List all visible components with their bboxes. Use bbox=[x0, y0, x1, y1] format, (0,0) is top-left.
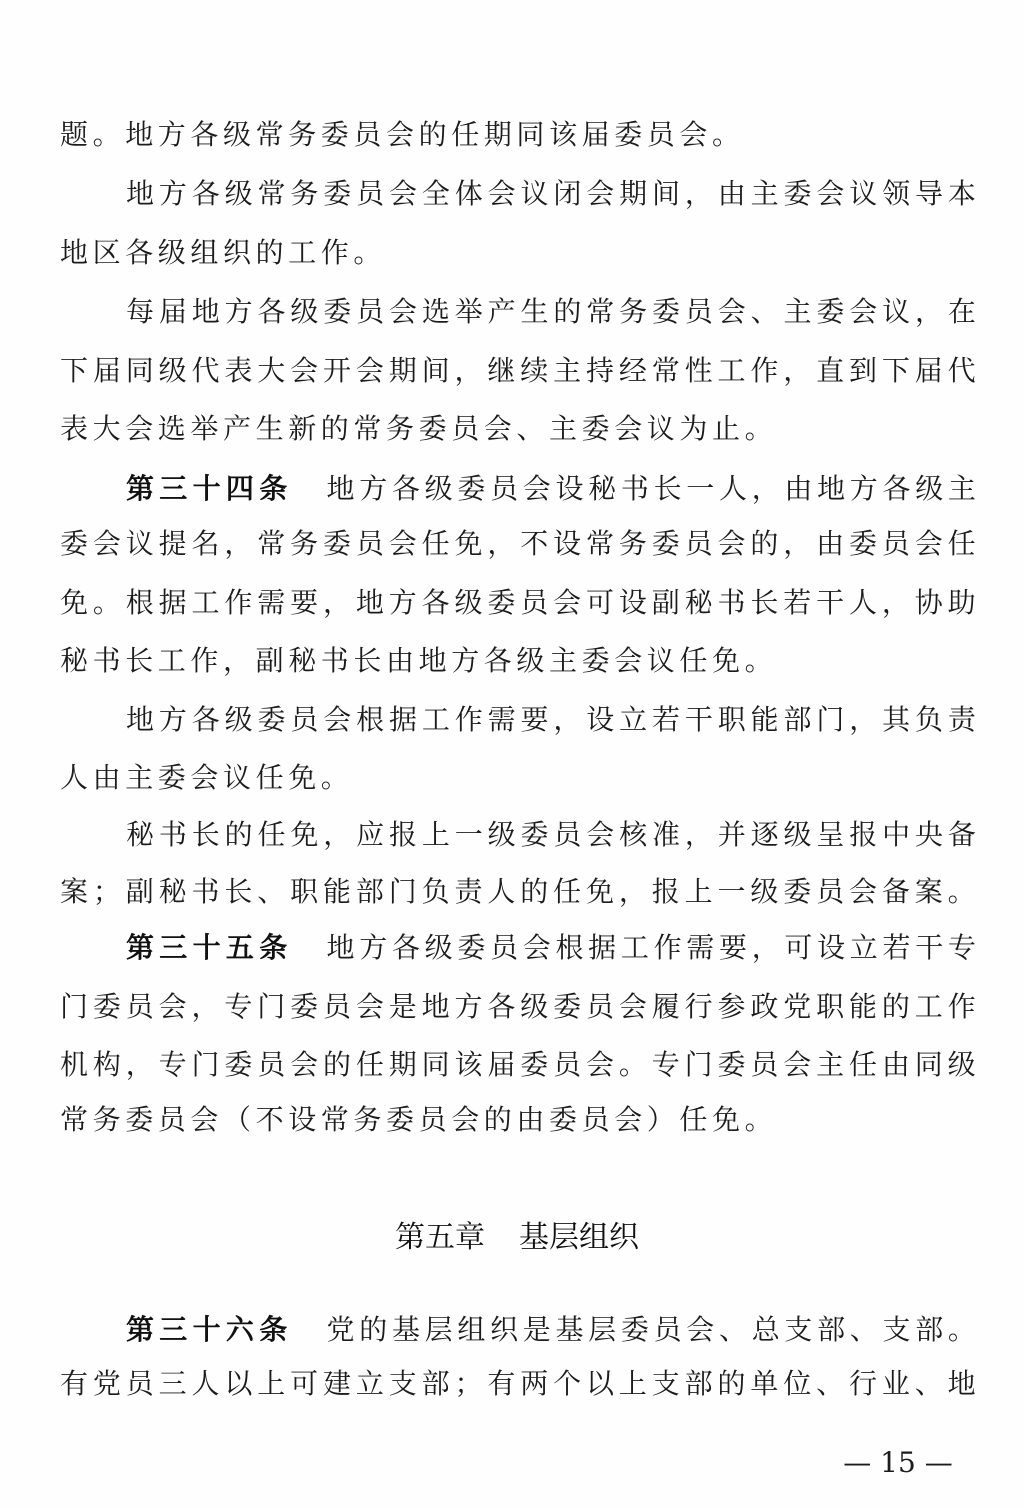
glyph: 务 bbox=[290, 174, 318, 214]
glyph: 可 bbox=[784, 928, 812, 968]
glyph: 方 bbox=[455, 987, 483, 1027]
glyph: 工 bbox=[422, 700, 450, 740]
glyph: 专 bbox=[652, 1045, 680, 1085]
glyph: 的 bbox=[323, 1045, 351, 1085]
glyph: 并 bbox=[718, 815, 746, 855]
glyph: 会 bbox=[389, 174, 417, 214]
line-text: 常务委员会（不设常务委员会的由委员会）任免。 bbox=[60, 1103, 777, 1136]
glyph: 。 bbox=[619, 1045, 647, 1085]
line-text: 有党员三人以上可建立支部；有两个以上支部的单位、行业、地 bbox=[60, 1364, 976, 1404]
glyph: 各 bbox=[192, 700, 220, 740]
glyph: 基 bbox=[555, 1310, 583, 1350]
glyph: 责 bbox=[948, 700, 976, 740]
text-line: 表大会选举产生新的常务委员会、主委会议为止。 bbox=[60, 409, 976, 449]
glyph: 开 bbox=[323, 351, 351, 391]
paragraph-line: 每届地方各级委员会选举产生的常务委员会、主委会议，在 bbox=[126, 292, 976, 332]
glyph: 需 bbox=[257, 583, 285, 623]
glyph: 议 bbox=[126, 524, 154, 564]
glyph: 协 bbox=[915, 583, 943, 623]
article-36-line: 第三十六条党的基层组织是基层委员会、总支部、支部。 bbox=[126, 1310, 976, 1350]
glyph: ， bbox=[224, 524, 252, 564]
glyph: 常 bbox=[258, 174, 286, 214]
glyph: 职 bbox=[290, 872, 318, 912]
glyph: 委 bbox=[553, 987, 581, 1027]
glyph: 各 bbox=[392, 928, 420, 968]
glyph: 立 bbox=[619, 700, 647, 740]
glyph: 委 bbox=[621, 1310, 649, 1350]
line-text: 免。根据工作需要，地方各级委员会可设副秘书长若干人，协助 bbox=[60, 583, 976, 623]
glyph: ， bbox=[323, 583, 351, 623]
glyph: 门 bbox=[60, 987, 88, 1027]
glyph: 主 bbox=[553, 351, 581, 391]
line-text: 下届同级代表大会开会期间，继续主持经常性工作，直到下届代 bbox=[60, 351, 976, 391]
text-line: 下届同级代表大会开会期间，继续主持经常性工作，直到下届代 bbox=[60, 351, 976, 391]
glyph: 员 bbox=[356, 174, 384, 214]
glyph: 员 bbox=[490, 469, 518, 509]
glyph: 委 bbox=[290, 987, 318, 1027]
glyph: 需 bbox=[686, 928, 714, 968]
page-number: — 15 — bbox=[838, 1446, 958, 1480]
line-text: 人由主委会议任免。 bbox=[60, 761, 353, 794]
text-line: 案；副秘书长、职能部门负责人的任免，报上一级委员会备案。 bbox=[60, 872, 976, 912]
glyph: 会 bbox=[356, 987, 384, 1027]
glyph: 举 bbox=[455, 292, 483, 332]
glyph: 秘 bbox=[685, 583, 713, 623]
glyph: 方 bbox=[359, 469, 387, 509]
glyph: 部 bbox=[422, 1364, 450, 1404]
glyph: 负 bbox=[422, 872, 450, 912]
paragraph-line: 秘书长的任免，应报上一级委员会核准，并逐级呈报中央备 bbox=[126, 815, 976, 855]
glyph: ， bbox=[487, 524, 515, 564]
glyph: 该 bbox=[455, 1045, 483, 1085]
glyph: 级 bbox=[290, 292, 318, 332]
glyph: 一 bbox=[455, 815, 483, 855]
glyph: 委 bbox=[93, 987, 121, 1027]
glyph: 以 bbox=[224, 1364, 252, 1404]
glyph: 任 bbox=[849, 1045, 877, 1085]
glyph: 方 bbox=[159, 174, 187, 214]
glyph: 委 bbox=[718, 1045, 746, 1085]
glyph: 各 bbox=[392, 469, 420, 509]
glyph: 、 bbox=[751, 292, 779, 332]
glyph: 导 bbox=[915, 174, 943, 214]
glyph: 方 bbox=[359, 928, 387, 968]
line-text: 案；副秘书长、职能部门负责人的任免，报上一级委员会备案。 bbox=[60, 872, 976, 912]
glyph: 专 bbox=[948, 928, 976, 968]
glyph: ， bbox=[685, 815, 713, 855]
glyph: 地 bbox=[948, 1364, 976, 1404]
glyph: ； bbox=[93, 872, 121, 912]
glyph: 级 bbox=[750, 872, 778, 912]
line-text: 地方各级委员会根据工作需要，设立若干职能部门，其负责 bbox=[126, 700, 976, 740]
glyph: 代 bbox=[192, 351, 220, 391]
glyph: 支 bbox=[389, 1364, 417, 1404]
glyph: 部 bbox=[685, 1364, 713, 1404]
glyph: 员 bbox=[323, 987, 351, 1027]
glyph: 层 bbox=[588, 1310, 616, 1350]
glyph: 级 bbox=[425, 928, 453, 968]
glyph: 会 bbox=[159, 987, 187, 1027]
glyph: 员 bbox=[882, 524, 910, 564]
glyph: 根 bbox=[126, 583, 154, 623]
glyph: 、 bbox=[257, 872, 285, 912]
glyph: 各 bbox=[258, 292, 286, 332]
glyph: 呈 bbox=[816, 815, 844, 855]
chapter-heading: 第五章基层组织 bbox=[0, 1218, 1024, 1258]
glyph: 可 bbox=[586, 583, 614, 623]
text-line: 常务委员会（不设常务委员会的由委员会）任免。 bbox=[60, 1100, 976, 1140]
glyph: 报 bbox=[389, 815, 417, 855]
line-text: 地区各级组织的工作。 bbox=[60, 236, 386, 269]
line-text: 每届地方各级委员会选举产生的常务委员会、主委会议，在 bbox=[126, 292, 976, 332]
text-line: 有党员三人以上可建立支部；有两个以上支部的单位、行业、地 bbox=[60, 1364, 976, 1404]
article-label: 第三十五条 bbox=[126, 931, 293, 964]
glyph: 支 bbox=[652, 1364, 680, 1404]
glyph: 委 bbox=[323, 524, 351, 564]
glyph: 、 bbox=[850, 1310, 878, 1350]
glyph: 委 bbox=[784, 174, 812, 214]
glyph: ， bbox=[323, 815, 351, 855]
glyph: 会 bbox=[718, 524, 746, 564]
glyph: 机 bbox=[60, 1045, 88, 1085]
glyph: ， bbox=[783, 524, 811, 564]
glyph: 员 bbox=[257, 1045, 285, 1085]
glyph: 委 bbox=[783, 872, 811, 912]
glyph: 员 bbox=[290, 700, 318, 740]
glyph: 负 bbox=[915, 700, 943, 740]
line-text: 门委员会，专门委员会是地方各级委员会履行参政党职能的工作 bbox=[60, 987, 976, 1027]
line-text: 秘书长工作，副秘书长由地方各级主委会议任免。 bbox=[60, 644, 777, 677]
glyph: 下 bbox=[60, 351, 88, 391]
glyph: 员 bbox=[553, 815, 581, 855]
glyph: 委 bbox=[60, 524, 88, 564]
glyph: 个 bbox=[553, 1364, 581, 1404]
glyph: 委 bbox=[457, 928, 485, 968]
glyph: 主 bbox=[751, 174, 779, 214]
glyph: 续 bbox=[520, 351, 548, 391]
glyph: 员 bbox=[356, 524, 384, 564]
glyph: 以 bbox=[586, 1364, 614, 1404]
glyph: 支 bbox=[883, 1310, 911, 1350]
glyph: 责 bbox=[455, 872, 483, 912]
glyph: 期 bbox=[619, 174, 647, 214]
glyph: 在 bbox=[948, 292, 976, 332]
glyph: 届 bbox=[915, 351, 943, 391]
glyph: 期 bbox=[389, 1045, 417, 1085]
glyph: 各 bbox=[487, 987, 515, 1027]
glyph: 同 bbox=[915, 1045, 943, 1085]
glyph: 地 bbox=[126, 700, 154, 740]
glyph: 的 bbox=[882, 987, 910, 1027]
glyph: 会 bbox=[523, 928, 551, 968]
line-text: 题。地方各级常务委员会的任期同该届委员会。 bbox=[60, 118, 745, 151]
glyph: 会 bbox=[290, 351, 318, 391]
glyph: ， bbox=[192, 987, 220, 1027]
glyph: 人 bbox=[719, 469, 747, 509]
glyph: 织 bbox=[490, 1310, 518, 1350]
text-line: 免。根据工作需要，地方各级委员会可设副秘书长若干人，协助 bbox=[60, 583, 976, 623]
glyph: 是 bbox=[523, 1310, 551, 1350]
glyph: 长 bbox=[224, 872, 252, 912]
glyph: 参 bbox=[718, 987, 746, 1027]
glyph: 门 bbox=[257, 987, 285, 1027]
glyph: 免 bbox=[586, 872, 614, 912]
glyph: 支 bbox=[784, 1310, 812, 1350]
glyph: ， bbox=[619, 872, 647, 912]
glyph: 上 bbox=[685, 872, 713, 912]
glyph: 会 bbox=[586, 1045, 614, 1085]
glyph: 立 bbox=[850, 928, 878, 968]
glyph: ， bbox=[126, 1045, 154, 1085]
glyph: 级 bbox=[915, 469, 943, 509]
glyph: 员 bbox=[816, 872, 844, 912]
glyph: 上 bbox=[257, 1364, 285, 1404]
glyph: 委 bbox=[521, 815, 549, 855]
glyph: 专 bbox=[224, 987, 252, 1027]
glyph: 要 bbox=[290, 583, 318, 623]
glyph: 门 bbox=[192, 1045, 220, 1085]
glyph: 部 bbox=[784, 700, 812, 740]
glyph: 同 bbox=[422, 1045, 450, 1085]
glyph: 体 bbox=[455, 174, 483, 214]
glyph: ； bbox=[455, 1364, 483, 1404]
glyph: 书 bbox=[718, 583, 746, 623]
glyph: 员 bbox=[586, 987, 614, 1027]
glyph: 干 bbox=[915, 928, 943, 968]
glyph: 备 bbox=[882, 872, 910, 912]
glyph: 。 bbox=[948, 1310, 976, 1350]
glyph: 副 bbox=[652, 583, 680, 623]
glyph: 方 bbox=[850, 469, 878, 509]
glyph: 作 bbox=[750, 351, 778, 391]
glyph: 常 bbox=[257, 524, 285, 564]
glyph: 主 bbox=[948, 469, 976, 509]
glyph: 作 bbox=[948, 987, 976, 1027]
glyph: 设 bbox=[586, 700, 614, 740]
glyph: ， bbox=[553, 700, 581, 740]
glyph: 会 bbox=[290, 1045, 318, 1085]
glyph: 秘 bbox=[588, 469, 616, 509]
glyph: 员 bbox=[490, 928, 518, 968]
glyph: 。 bbox=[93, 583, 121, 623]
paragraph-line: 地方各级常务委员会全体会议闭会期间，由主委会议领导本 bbox=[126, 174, 976, 214]
article-label: 第三十四条 bbox=[126, 472, 293, 505]
glyph: 级 bbox=[520, 987, 548, 1027]
glyph: 提 bbox=[159, 524, 187, 564]
glyph: 长 bbox=[654, 469, 682, 509]
line-text: 地方各级委员会根据工作需要，可设立若干专 bbox=[327, 928, 976, 968]
text-line: 秘书长工作，副秘书长由地方各级主委会议任免。 bbox=[60, 641, 976, 681]
glyph: 逐 bbox=[751, 815, 779, 855]
glyph: 会 bbox=[619, 987, 647, 1027]
article-34-line: 第三十四条地方各级委员会设秘书长一人，由地方各级主 bbox=[126, 469, 976, 509]
glyph: 级 bbox=[225, 174, 253, 214]
glyph: ， bbox=[882, 583, 910, 623]
glyph: 间 bbox=[422, 351, 450, 391]
glyph: 员 bbox=[685, 524, 713, 564]
glyph: 案 bbox=[915, 872, 943, 912]
glyph: 直 bbox=[816, 351, 844, 391]
glyph: 其 bbox=[882, 700, 910, 740]
glyph: 员 bbox=[750, 1045, 778, 1085]
glyph: 核 bbox=[619, 815, 647, 855]
glyph: 委 bbox=[652, 292, 680, 332]
glyph: 的 bbox=[225, 815, 253, 855]
glyph: 领 bbox=[882, 174, 910, 214]
glyph: 主 bbox=[784, 292, 812, 332]
glyph: 本 bbox=[948, 174, 976, 214]
glyph: 委 bbox=[849, 524, 877, 564]
glyph: 届 bbox=[93, 351, 121, 391]
glyph: 委 bbox=[520, 1045, 548, 1085]
glyph: 地 bbox=[327, 928, 355, 968]
glyph: 员 bbox=[654, 1310, 682, 1350]
glyph: 委 bbox=[323, 292, 351, 332]
glyph: 两 bbox=[520, 1364, 548, 1404]
glyph: 的 bbox=[750, 524, 778, 564]
line-text: 地方各级委员会设秘书长一人，由地方各级主 bbox=[327, 469, 976, 509]
glyph: ， bbox=[752, 469, 780, 509]
glyph: 委 bbox=[816, 292, 844, 332]
glyph: 免 bbox=[455, 524, 483, 564]
glyph: 同 bbox=[126, 351, 154, 391]
glyph: 任 bbox=[553, 872, 581, 912]
glyph: 三 bbox=[159, 1364, 187, 1404]
glyph: 建 bbox=[323, 1364, 351, 1404]
glyph: 人 bbox=[487, 872, 515, 912]
glyph: 长 bbox=[750, 583, 778, 623]
glyph: 根 bbox=[356, 700, 384, 740]
glyph: 上 bbox=[422, 815, 450, 855]
glyph: 、 bbox=[816, 1364, 844, 1404]
glyph: 员 bbox=[356, 292, 384, 332]
glyph: 单 bbox=[750, 1364, 778, 1404]
line-text: 委会议提名，常务委员会任免，不设常务委员会的，由委员会任 bbox=[60, 524, 976, 564]
glyph: 期 bbox=[389, 351, 417, 391]
glyph: 委 bbox=[487, 583, 515, 623]
glyph: 持 bbox=[586, 351, 614, 391]
paragraph-line: 地方各级委员会根据工作需要，设立若干职能部门，其负责 bbox=[126, 700, 976, 740]
glyph: 作 bbox=[224, 583, 252, 623]
glyph: 若 bbox=[652, 700, 680, 740]
glyph: 产 bbox=[488, 292, 516, 332]
glyph: 会 bbox=[816, 174, 844, 214]
glyph: 方 bbox=[159, 700, 187, 740]
glyph: 要 bbox=[719, 928, 747, 968]
glyph: 级 bbox=[225, 700, 253, 740]
glyph: 长 bbox=[192, 815, 220, 855]
glyph: 干 bbox=[816, 583, 844, 623]
glyph: 设 bbox=[817, 928, 845, 968]
glyph: 地 bbox=[192, 292, 220, 332]
text-line: 人由主委会议任免。 bbox=[60, 758, 976, 798]
glyph: 政 bbox=[750, 987, 778, 1027]
glyph: 部 bbox=[356, 872, 384, 912]
glyph: 副 bbox=[126, 872, 154, 912]
glyph: 由 bbox=[816, 524, 844, 564]
glyph: 。 bbox=[948, 872, 976, 912]
glyph: 员 bbox=[126, 987, 154, 1027]
glyph: 级 bbox=[455, 583, 483, 623]
glyph: 性 bbox=[685, 351, 713, 391]
glyph: 是 bbox=[389, 987, 417, 1027]
glyph: 届 bbox=[159, 292, 187, 332]
glyph: 秘 bbox=[126, 815, 154, 855]
glyph: 委 bbox=[258, 700, 286, 740]
glyph: 继 bbox=[487, 351, 515, 391]
glyph: 总 bbox=[752, 1310, 780, 1350]
text-line: 题。地方各级常务委员会的任期同该届委员会。 bbox=[60, 115, 976, 155]
glyph: 免 bbox=[290, 815, 318, 855]
glyph: 务 bbox=[619, 292, 647, 332]
glyph: 应 bbox=[356, 815, 384, 855]
glyph: 的 bbox=[359, 1310, 387, 1350]
glyph: 党 bbox=[783, 987, 811, 1027]
glyph: 由 bbox=[882, 1045, 910, 1085]
glyph: 行 bbox=[685, 987, 713, 1027]
glyph: 方 bbox=[389, 583, 417, 623]
glyph: 委 bbox=[224, 1045, 252, 1085]
glyph: 委 bbox=[652, 524, 680, 564]
glyph: 生 bbox=[521, 292, 549, 332]
glyph: 方 bbox=[225, 292, 253, 332]
glyph: 会 bbox=[783, 1045, 811, 1085]
glyph: 的 bbox=[520, 872, 548, 912]
glyph: 工 bbox=[192, 583, 220, 623]
glyph: 选 bbox=[422, 292, 450, 332]
glyph: 报 bbox=[849, 815, 877, 855]
glyph: 若 bbox=[883, 928, 911, 968]
text-line: 机构，专门委员会的任期同该届委员会。专门委员会主任由同级 bbox=[60, 1045, 976, 1085]
glyph: 一 bbox=[718, 872, 746, 912]
glyph: 员 bbox=[520, 583, 548, 623]
glyph: 能 bbox=[751, 700, 779, 740]
glyph: 任 bbox=[356, 1045, 384, 1085]
glyph: 会 bbox=[488, 174, 516, 214]
glyph: 务 bbox=[619, 524, 647, 564]
glyph: 全 bbox=[422, 174, 450, 214]
glyph: 工 bbox=[718, 351, 746, 391]
glyph: 常 bbox=[586, 524, 614, 564]
glyph: 据 bbox=[588, 928, 616, 968]
glyph: 组 bbox=[457, 1310, 485, 1350]
glyph: ， bbox=[685, 174, 713, 214]
glyph: 会 bbox=[356, 351, 384, 391]
glyph: 闭 bbox=[553, 174, 581, 214]
glyph: 员 bbox=[126, 1364, 154, 1404]
glyph: 作 bbox=[455, 700, 483, 740]
glyph: 设 bbox=[619, 583, 647, 623]
glyph: 会 bbox=[389, 524, 417, 564]
glyph: 各 bbox=[192, 174, 220, 214]
glyph: 不 bbox=[520, 524, 548, 564]
glyph: 能 bbox=[323, 872, 351, 912]
glyph: ， bbox=[752, 928, 780, 968]
glyph: 履 bbox=[652, 987, 680, 1027]
glyph: ， bbox=[915, 292, 943, 332]
chapter-number: 第五章 bbox=[395, 1220, 485, 1255]
glyph: 会 bbox=[686, 1310, 714, 1350]
glyph: 由 bbox=[784, 469, 812, 509]
line-text: 表大会选举产生新的常务委员会、主委会议为止。 bbox=[60, 412, 777, 445]
glyph: 委 bbox=[457, 469, 485, 509]
glyph: 会 bbox=[849, 872, 877, 912]
glyph: 名 bbox=[192, 524, 220, 564]
glyph: 各 bbox=[422, 583, 450, 623]
glyph: 议 bbox=[882, 292, 910, 332]
glyph: 地 bbox=[817, 469, 845, 509]
glyph: 会 bbox=[93, 524, 121, 564]
